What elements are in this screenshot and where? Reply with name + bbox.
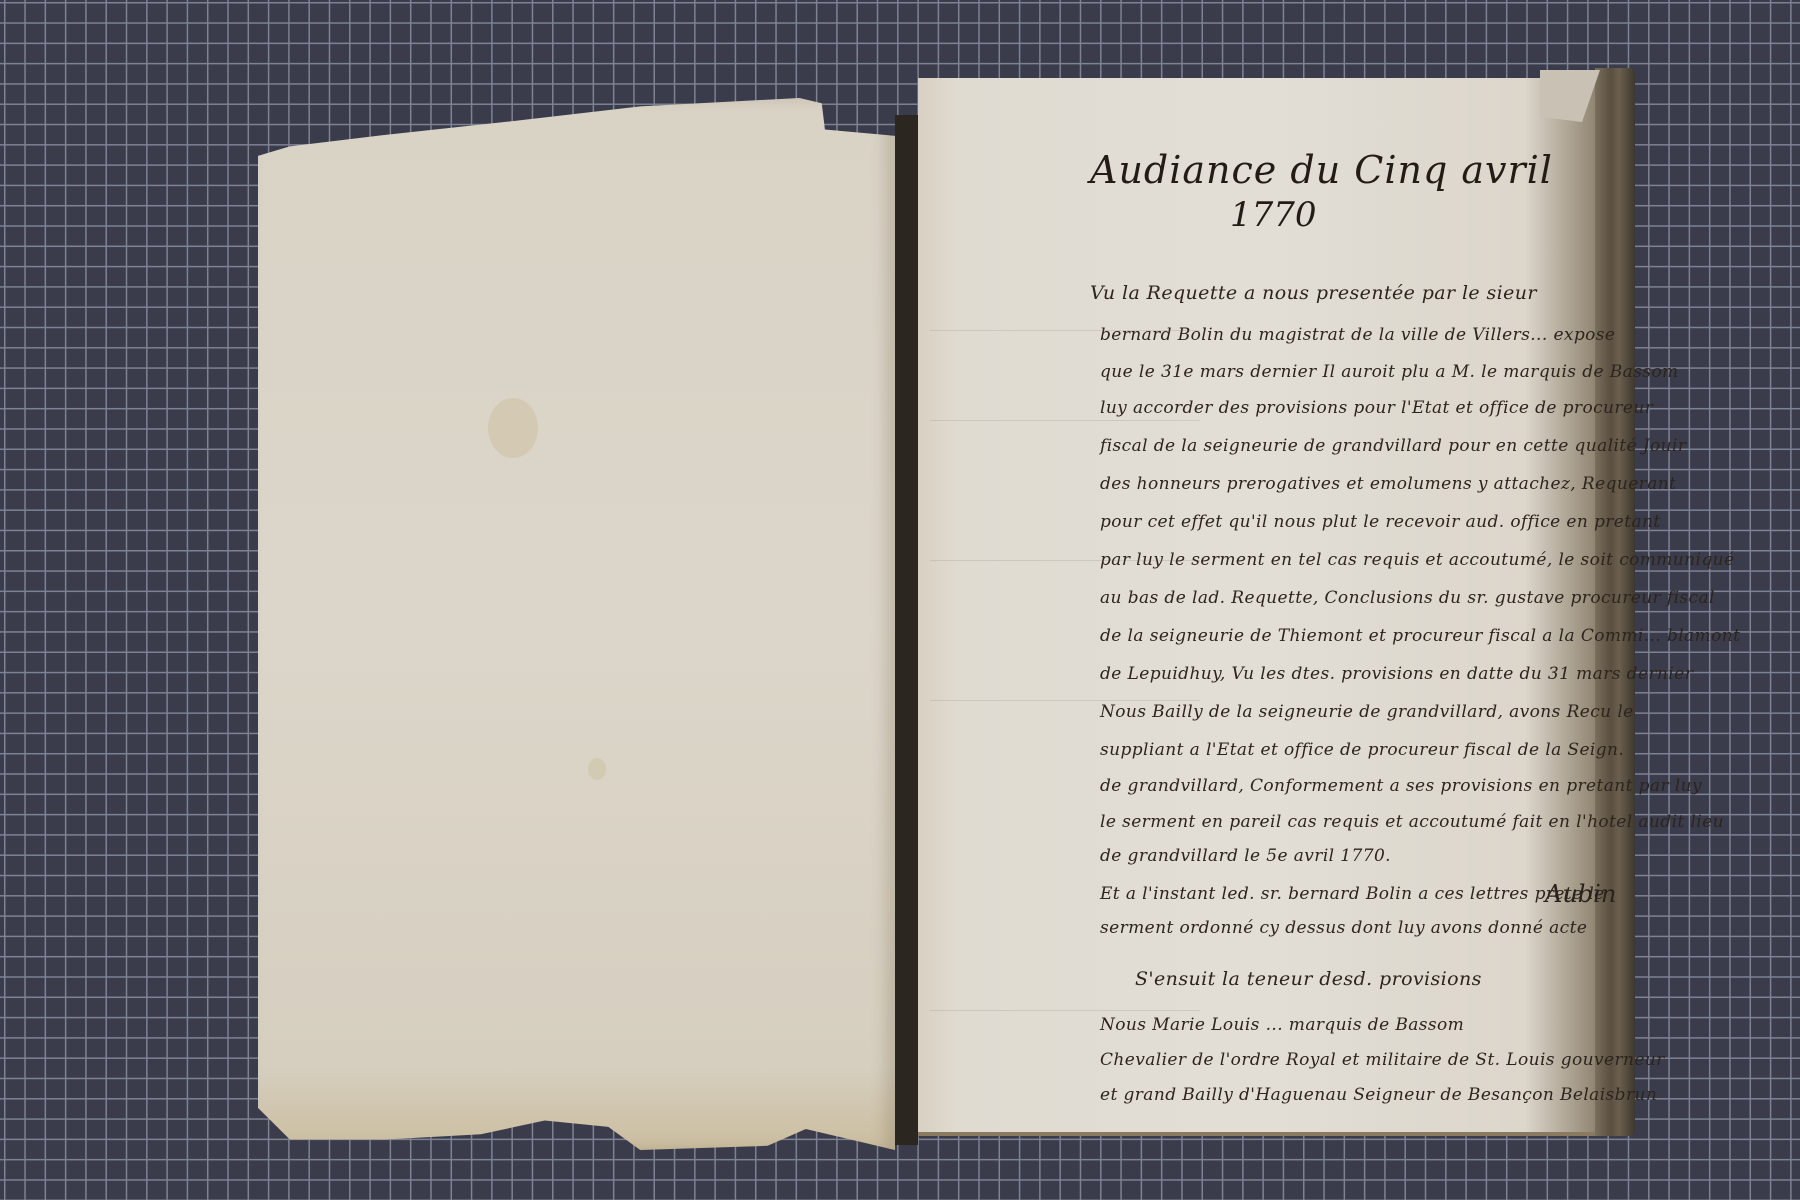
paper-stain <box>588 758 606 780</box>
text-line: au bas de lad. Requette, Conclusions du … <box>1100 588 1715 608</box>
text-line: Et a l'instant led. sr. bernard Bolin a … <box>1100 884 1605 904</box>
text-line: Vu la Requette a nous presentée par le s… <box>1090 282 1537 304</box>
text-line: suppliant a l'Etat et office de procureu… <box>1100 740 1624 760</box>
signature: Aubin <box>1545 880 1616 908</box>
text-line: et grand Bailly d'Haguenau Seigneur de B… <box>1100 1085 1657 1105</box>
text-line: serment ordonné cy dessus dont luy avons… <box>1100 918 1587 938</box>
book-gutter <box>895 115 918 1145</box>
text-line: de grandvillard le 5e avril 1770. <box>1100 846 1391 866</box>
text-line: de grandvillard, Conformement a ses prov… <box>1100 776 1702 796</box>
text-line: Chevalier de l'ordre Royal et militaire … <box>1100 1050 1665 1070</box>
text-line: de Lepuidhuy, Vu les dtes. provisions en… <box>1100 664 1693 684</box>
text-line: que le 31e mars dernier Il auroit plu a … <box>1100 362 1679 382</box>
bleed-through-line <box>930 420 1200 421</box>
text-line: S'ensuit la teneur desd. provisions <box>1135 968 1482 990</box>
page-heading: Audiance du Cinq avril <box>1090 148 1553 192</box>
bleed-through-line <box>930 1010 1200 1011</box>
text-line: fiscal de la seigneurie de grandvillard … <box>1100 436 1686 456</box>
text-line: Nous Marie Louis ... marquis de Bassom <box>1100 1015 1464 1035</box>
text-line: bernard Bolin du magistrat de la ville d… <box>1100 325 1615 345</box>
page-year: 1770 <box>1230 195 1317 235</box>
left-blank-page <box>258 98 895 1150</box>
text-line: des honneurs prerogatives et emolumens y… <box>1100 474 1676 494</box>
text-line: luy accorder des provisions pour l'Etat … <box>1100 398 1653 418</box>
bleed-through-line <box>930 560 1200 561</box>
text-line: le serment en pareil cas requis et accou… <box>1100 812 1724 832</box>
text-line: de la seigneurie de Thiemont et procureu… <box>1100 626 1740 646</box>
paper-stain <box>488 398 538 458</box>
text-line: pour cet effet qu'il nous plut le recevo… <box>1100 512 1661 532</box>
bleed-through-line <box>930 330 1200 331</box>
text-line: Nous Bailly de la seigneurie de grandvil… <box>1100 702 1634 722</box>
bleed-through-line <box>930 700 1200 701</box>
